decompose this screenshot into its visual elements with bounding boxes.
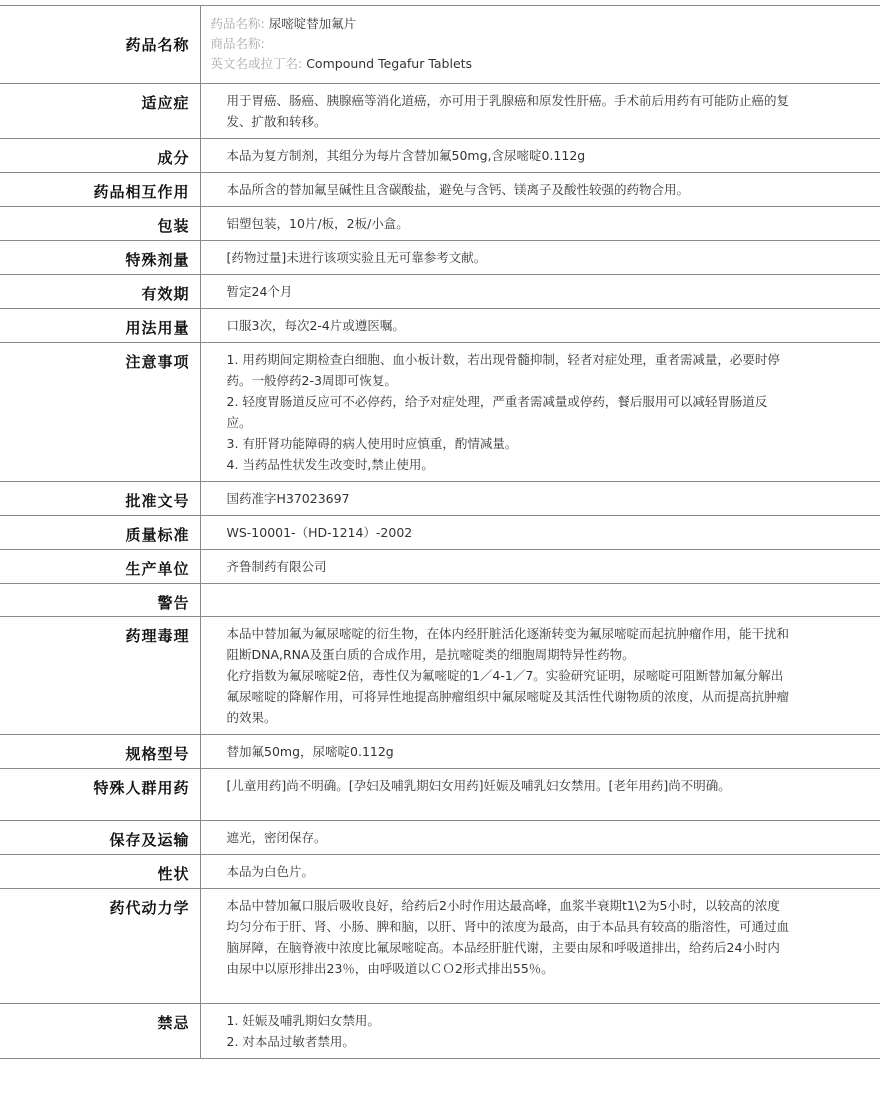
row-value-line: 2. 轻度胃肠道反应可不必停药，给予对症处理，严重者需减量或停药，餐后服用可以减… [227, 391, 791, 433]
info-rows: 适应症用于胃癌、肠癌、胰腺癌等消化道癌，亦可用于乳腺癌和原发性肝癌。手术前后用药… [0, 84, 880, 1059]
row-value-line: 本品为复方制剂，其组分为每片含替加氟50mg,含尿嘧啶0.112g [227, 145, 791, 166]
row-label: 药品相互作用 [0, 173, 200, 207]
drug-info-table: 药品名称 药品名称: 尿嘧啶替加氟片 商品名称: 英文名或拉丁名: Compou… [0, 5, 880, 1059]
row-value-line: 本品所含的替加氟呈碱性且含碳酸盐，避免与含钙、镁离子及酸性较强的药物合用。 [227, 179, 791, 200]
row-value-line: 替加氟50mg，尿嘧啶0.112g [227, 741, 791, 762]
row-label: 有效期 [0, 275, 200, 309]
table-row: 质量标准WS-10001-（HD-1214）-2002 [0, 516, 880, 550]
row-label: 药品名称 [0, 6, 200, 84]
row-value-line: 本品中替加氟为氟尿嘧啶的衍生物，在体内经肝脏活化逐渐转变为氟尿嘧啶而起抗肿瘤作用… [227, 623, 791, 665]
row-value [200, 584, 880, 617]
row-value-line: [药物过量]未进行该项实验且无可靠参考文献。 [227, 247, 791, 268]
table-row: 生产单位齐鲁制药有限公司 [0, 550, 880, 584]
row-label: 包装 [0, 207, 200, 241]
row-value-line: 1. 妊娠及哺乳期妇女禁用。 [227, 1010, 791, 1031]
row-value: 口服3次，每次2-4片或遵医嘱。 [200, 309, 880, 343]
row-value: 遮光，密闭保存。 [200, 821, 880, 855]
row-label: 性状 [0, 855, 200, 889]
row-value: 1. 妊娠及哺乳期妇女禁用。2. 对本品过敏者禁用。 [200, 1004, 880, 1059]
row-label: 用法用量 [0, 309, 200, 343]
row-label: 特殊人群用药 [0, 769, 200, 821]
row-label: 批准文号 [0, 482, 200, 516]
drug-info-sheet: 药品名称 药品名称: 尿嘧啶替加氟片 商品名称: 英文名或拉丁名: Compou… [0, 5, 880, 1059]
table-row: 批准文号国药准字H37023697 [0, 482, 880, 516]
row-label: 禁忌 [0, 1004, 200, 1059]
row-value-line: 本品为白色片。 [227, 861, 791, 882]
row-value-line: 铝塑包装，10片/板，2板/小盒。 [227, 213, 791, 234]
row-value-line: 用于胃癌、肠癌、胰腺癌等消化道癌，亦可用于乳腺癌和原发性肝癌。手术前后用药有可能… [227, 90, 791, 132]
row-value: 齐鲁制药有限公司 [200, 550, 880, 584]
row-value: 本品为复方制剂，其组分为每片含替加氟50mg,含尿嘧啶0.112g [200, 139, 880, 173]
row-label: 成分 [0, 139, 200, 173]
table-row: 包装铝塑包装，10片/板，2板/小盒。 [0, 207, 880, 241]
row-value-line: 1. 用药期间定期检查白细胞、血小板计数，若出现骨髓抑制，轻者对症处理，重者需减… [227, 349, 791, 391]
row-value-line: 本品中替加氟口服后吸收良好，给药后2小时作用达最高峰，血浆半衰期t1\2为5小时… [227, 895, 791, 979]
row-value-line: 遮光，密闭保存。 [227, 827, 791, 848]
row-drug-name: 药品名称 药品名称: 尿嘧啶替加氟片 商品名称: 英文名或拉丁名: Compou… [0, 6, 880, 84]
row-value-line: 3. 有肝肾功能障碍的病人使用时应慎重，酌情减量。 [227, 433, 791, 454]
row-label: 质量标准 [0, 516, 200, 550]
table-row: 规格型号替加氟50mg，尿嘧啶0.112g [0, 735, 880, 769]
row-value: 暂定24个月 [200, 275, 880, 309]
row-label: 适应症 [0, 84, 200, 139]
row-value: [儿童用药]尚不明确。[孕妇及哺乳期妇女用药]妊娠及哺乳妇女禁用。[老年用药]尚… [200, 769, 880, 821]
table-row: 有效期暂定24个月 [0, 275, 880, 309]
row-value: 本品为白色片。 [200, 855, 880, 889]
row-value-line: 化疗指数为氟尿嘧啶2倍，毒性仅为氟嘧啶的1／4-1／7。实验研究证明，尿嘧啶可阻… [227, 665, 791, 728]
table-row: 药理毒理本品中替加氟为氟尿嘧啶的衍生物，在体内经肝脏活化逐渐转变为氟尿嘧啶而起抗… [0, 617, 880, 735]
row-label: 警告 [0, 584, 200, 617]
row-value: 1. 用药期间定期检查白细胞、血小板计数，若出现骨髓抑制，轻者对症处理，重者需减… [200, 343, 880, 482]
row-value: WS-10001-（HD-1214）-2002 [200, 516, 880, 550]
row-value: 国药准字H37023697 [200, 482, 880, 516]
row-label: 保存及运输 [0, 821, 200, 855]
row-value: 替加氟50mg，尿嘧啶0.112g [200, 735, 880, 769]
row-value-line: 齐鲁制药有限公司 [227, 556, 791, 577]
row-value-line: 暂定24个月 [227, 281, 791, 302]
row-value: 铝塑包装，10片/板，2板/小盒。 [200, 207, 880, 241]
row-value: [药物过量]未进行该项实验且无可靠参考文献。 [200, 241, 880, 275]
row-value: 本品中替加氟口服后吸收良好，给药后2小时作用达最高峰，血浆半衰期t1\2为5小时… [200, 889, 880, 1004]
row-value-line: WS-10001-（HD-1214）-2002 [227, 522, 791, 543]
row-label: 注意事项 [0, 343, 200, 482]
table-row: 特殊人群用药[儿童用药]尚不明确。[孕妇及哺乳期妇女用药]妊娠及哺乳妇女禁用。[… [0, 769, 880, 821]
table-row: 用法用量口服3次，每次2-4片或遵医嘱。 [0, 309, 880, 343]
generic-name-label: 药品名称: [211, 16, 265, 31]
row-label: 生产单位 [0, 550, 200, 584]
trade-name-label: 商品名称: [211, 36, 265, 51]
table-row: 禁忌1. 妊娠及哺乳期妇女禁用。2. 对本品过敏者禁用。 [0, 1004, 880, 1059]
table-row: 药代动力学本品中替加氟口服后吸收良好，给药后2小时作用达最高峰，血浆半衰期t1\… [0, 889, 880, 1004]
generic-name-value: 尿嘧啶替加氟片 [269, 16, 357, 31]
row-value: 用于胃癌、肠癌、胰腺癌等消化道癌，亦可用于乳腺癌和原发性肝癌。手术前后用药有可能… [200, 84, 880, 139]
table-row: 注意事项1. 用药期间定期检查白细胞、血小板计数，若出现骨髓抑制，轻者对症处理，… [0, 343, 880, 482]
english-name-label: 英文名或拉丁名: [211, 56, 303, 71]
row-value-line: 2. 对本品过敏者禁用。 [227, 1031, 791, 1052]
english-name-value: Compound Tegafur Tablets [306, 56, 472, 71]
row-label: 药代动力学 [0, 889, 200, 1004]
table-row: 特殊剂量[药物过量]未进行该项实验且无可靠参考文献。 [0, 241, 880, 275]
table-row: 适应症用于胃癌、肠癌、胰腺癌等消化道癌，亦可用于乳腺癌和原发性肝癌。手术前后用药… [0, 84, 880, 139]
row-value: 本品所含的替加氟呈碱性且含碳酸盐，避免与含钙、镁离子及酸性较强的药物合用。 [200, 173, 880, 207]
table-row: 成分本品为复方制剂，其组分为每片含替加氟50mg,含尿嘧啶0.112g [0, 139, 880, 173]
row-label: 药理毒理 [0, 617, 200, 735]
table-row: 保存及运输遮光，密闭保存。 [0, 821, 880, 855]
table-row: 药品相互作用本品所含的替加氟呈碱性且含碳酸盐，避免与含钙、镁离子及酸性较强的药物… [0, 173, 880, 207]
table-row: 性状本品为白色片。 [0, 855, 880, 889]
row-label: 规格型号 [0, 735, 200, 769]
row-value-line: 口服3次，每次2-4片或遵医嘱。 [227, 315, 791, 336]
row-value: 本品中替加氟为氟尿嘧啶的衍生物，在体内经肝脏活化逐渐转变为氟尿嘧啶而起抗肿瘤作用… [200, 617, 880, 735]
row-value-line: [儿童用药]尚不明确。[孕妇及哺乳期妇女用药]妊娠及哺乳妇女禁用。[老年用药]尚… [227, 775, 791, 796]
table-row: 警告 [0, 584, 880, 617]
row-value-line: 国药准字H37023697 [227, 488, 791, 509]
row-value-line: 4. 当药品性状发生改变时,禁止使用。 [227, 454, 791, 475]
row-label: 特殊剂量 [0, 241, 200, 275]
